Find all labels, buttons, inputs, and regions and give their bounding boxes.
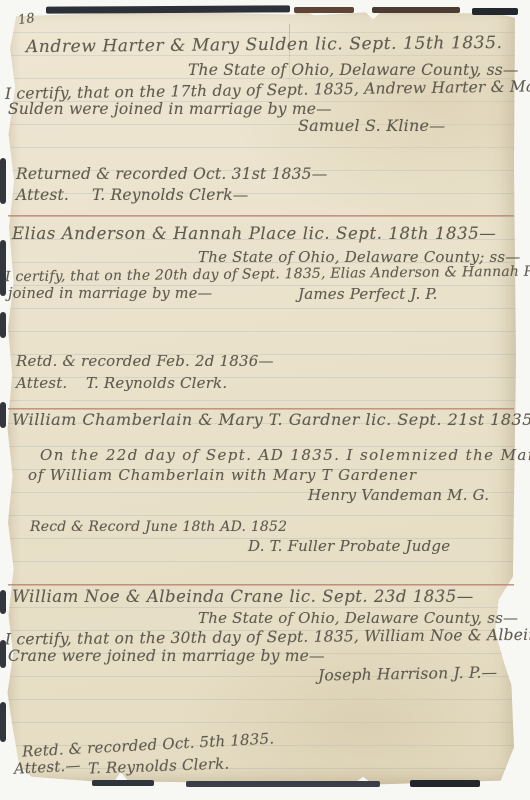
binding-strip-bottom-1 bbox=[92, 780, 154, 786]
page-number: 18 bbox=[17, 11, 36, 28]
binding-mark-left-2 bbox=[0, 240, 6, 296]
entry-4-attest-label: Attest.— bbox=[14, 756, 81, 777]
binding-mark-left-1 bbox=[0, 158, 6, 204]
entry-2-body-line-2: joined in marriage by me— bbox=[8, 286, 212, 302]
binding-strip-top-3 bbox=[372, 7, 460, 13]
scanned-ledger-document: 18 Andrew Harter & Mary Sulden lic. Sept… bbox=[0, 0, 530, 800]
entry-4-body-line-2: Crane were joined in marriage by me— bbox=[8, 647, 325, 665]
entry-2-attest-name: T. Reynolds Clerk. bbox=[86, 374, 227, 392]
binding-mark-left-4 bbox=[0, 402, 6, 428]
red-rule-line-1 bbox=[8, 215, 514, 217]
entry-1-returned-line: Returned & recorded Oct. 31st 1835— bbox=[16, 165, 327, 183]
binding-mark-left-3 bbox=[0, 312, 6, 338]
entry-2-heading: Elias Anderson & Hannah Place lic. Sept.… bbox=[12, 224, 496, 243]
entry-4-signature: Joseph Harrison J. P.— bbox=[318, 663, 498, 684]
entry-1-state-line: The State of Ohio, Delaware County, ss— bbox=[188, 61, 519, 79]
entry-1-attest-name: T. Reynolds Clerk— bbox=[92, 186, 248, 204]
entry-1-heading: Andrew Harter & Mary Sulden lic. Sept. 1… bbox=[26, 33, 503, 57]
binding-mark-left-5 bbox=[0, 590, 6, 614]
entry-3-body-line-1: On the 22d day of Sept. AD 1835. I solem… bbox=[40, 446, 530, 464]
binding-strip-bottom-3 bbox=[410, 780, 480, 787]
entry-2-signature: James Perfect J. P. bbox=[298, 285, 438, 303]
binding-strip-top-2 bbox=[294, 7, 354, 13]
entry-2-attest-label: Attest. bbox=[16, 374, 67, 392]
entry-4-state-line: The State of Ohio, Delaware County, ss— bbox=[198, 609, 518, 627]
entry-1-body-line-2: Sulden were joined in marriage by me— bbox=[8, 100, 332, 118]
entry-1-attest-label: Attest. bbox=[16, 186, 69, 204]
red-rule-line-3 bbox=[8, 584, 514, 586]
binding-strip-top-1 bbox=[46, 5, 290, 13]
entry-3-signature-2: D. T. Fuller Probate Judge bbox=[248, 537, 450, 555]
binding-strip-top-4 bbox=[472, 8, 518, 15]
entry-2-returned-line: Retd. & recorded Feb. 2d 1836— bbox=[16, 352, 274, 370]
binding-strip-bottom-2 bbox=[186, 781, 380, 787]
entry-3-signature: Henry Vandeman M. G. bbox=[308, 486, 489, 504]
entry-3-heading: William Chamberlain & Mary T. Gardner li… bbox=[12, 410, 530, 429]
binding-mark-left-7 bbox=[0, 702, 6, 742]
entry-3-body-line-2: of William Chamberlain with Mary T Garde… bbox=[28, 466, 417, 484]
entry-1-signature: Samuel S. Kline— bbox=[298, 116, 445, 135]
entry-4-heading: William Noe & Albeinda Crane lic. Sept. … bbox=[12, 587, 474, 606]
entry-3-returned-line: Recd & Record June 18th AD. 1852 bbox=[30, 519, 287, 535]
